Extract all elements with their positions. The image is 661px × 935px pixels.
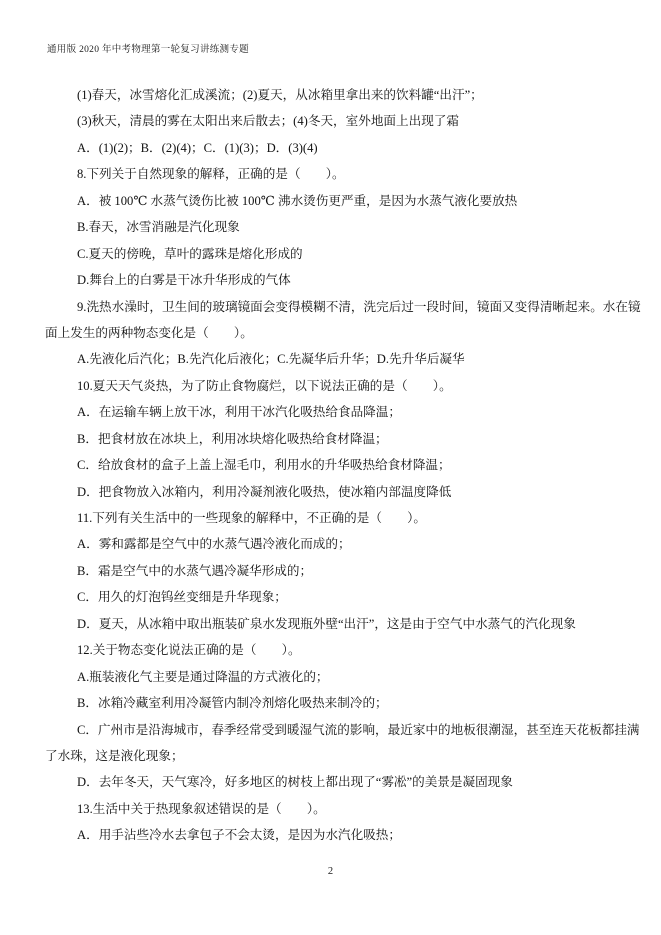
- text-line: D.舞台上的白雾是干冰升华形成的气体: [45, 267, 627, 293]
- text-line: A．在运输车辆上放干冰，利用干冰汽化吸热给食品降温；: [45, 399, 627, 425]
- text-line: 面上发生的两种物态变化是（ ）。: [45, 320, 627, 346]
- text-line: D．把食物放入冰箱内，利用冷凝剂液化吸热，使冰箱内部温度降低: [45, 479, 627, 505]
- text-line: (1)春天，冰雪熔化汇成溪流；(2)夏天，从冰箱里拿出来的饮料罐“出汗”；: [45, 82, 627, 108]
- text-line: C．广州市是沿海城市，春季经常受到暖湿气流的影响，最近家中的地板很潮湿，甚至连天…: [45, 717, 627, 743]
- text-line: 13.生活中关于热现象叙述错误的是（ ）。: [45, 796, 627, 822]
- text-line: C.夏天的傍晚，草叶的露珠是熔化形成的: [45, 241, 627, 267]
- text-line: C．给放食材的盒子上盖上湿毛巾，利用水的升华吸热给食材降温；: [45, 452, 627, 478]
- page-number: 2: [0, 865, 661, 879]
- text-line: 10.夏天天气炎热，为了防止食物腐烂，以下说法正确的是（ ）。: [45, 373, 627, 399]
- text-line: B．霜是空气中的水蒸气遇冷凝华形成的；: [45, 558, 627, 584]
- text-line: 了水珠，这是液化现象；: [45, 743, 627, 769]
- text-line: (3)秋天，清晨的雾在太阳出来后散去；(4)冬天，室外地面上出现了霜: [45, 108, 627, 134]
- text-line: D．夏天，从冰箱中取出瓶装矿泉水发现瓶外壁“出汗”，这是由于空气中水蒸气的汽化现…: [45, 611, 627, 637]
- text-line: A．被 100℃ 水蒸气烫伤比被 100℃ 沸水烫伤更严重，是因为水蒸气液化要放…: [45, 188, 627, 214]
- text-line: B．把食材放在冰块上，利用冰块熔化吸热给食材降温；: [45, 426, 627, 452]
- text-line: 8.下列关于自然现象的解释，正确的是（ ）。: [45, 161, 627, 187]
- document-page: 通用版 2020 年中考物理第一轮复习讲练测专题 (1)春天，冰雪熔化汇成溪流；…: [0, 0, 661, 935]
- text-line: A.先液化后汽化；B.先汽化后液化；C.先凝华后升华；D.先升华后凝华: [45, 346, 627, 372]
- text-line: A．(1)(2)；B．(2)(4)；C．(1)(3)；D．(3)(4): [45, 135, 627, 161]
- document-body: (1)春天，冰雪熔化汇成溪流；(2)夏天，从冰箱里拿出来的饮料罐“出汗”；(3)…: [45, 82, 627, 849]
- text-line: 9.洗热水澡时，卫生间的玻璃镜面会变得模糊不清，洗完后过一段时间，镜面又变得清晰…: [45, 294, 627, 320]
- text-line: A．雾和露都是空气中的水蒸气遇冷液化而成的；: [45, 531, 627, 557]
- text-line: A.瓶装液化气主要是通过降温的方式液化的；: [45, 664, 627, 690]
- text-line: 12.关于物态变化说法正确的是（ ）。: [45, 637, 627, 663]
- text-line: C．用久的灯泡钨丝变细是升华现象；: [45, 584, 627, 610]
- text-line: B.春天，冰雪消融是汽化现象: [45, 214, 627, 240]
- text-line: B．冰箱冷藏室利用冷凝管内制冷剂熔化吸热来制冷的；: [45, 690, 627, 716]
- text-line: A．用手沾些冷水去拿包子不会太烫，是因为水汽化吸热；: [45, 822, 627, 848]
- text-line: 11.下列有关生活中的一些现象的解释中，不正确的是（ ）。: [45, 505, 627, 531]
- page-header: 通用版 2020 年中考物理第一轮复习讲练测专题: [47, 44, 249, 56]
- text-line: D．去年冬天，天气寒冷，好多地区的树枝上都出现了“雾凇”的美景是凝固现象: [45, 769, 627, 795]
